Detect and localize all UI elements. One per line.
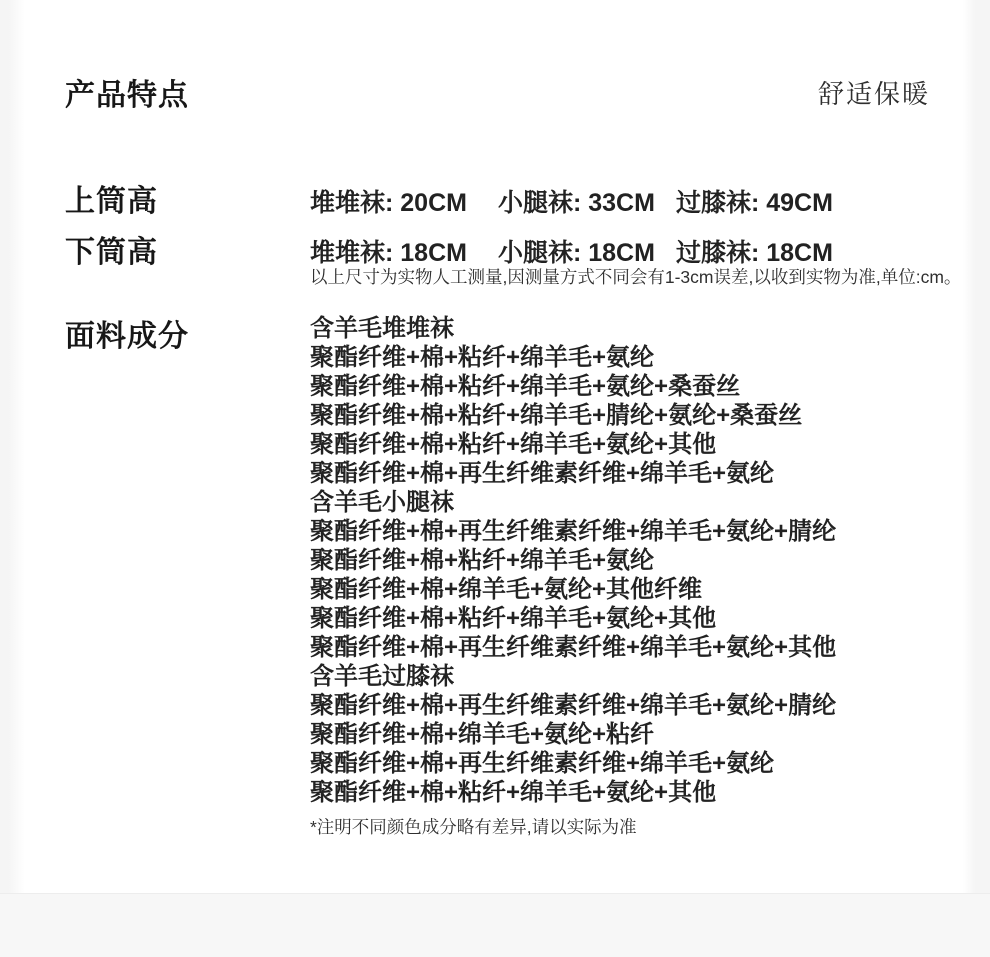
measurement-disclaimer: 以上尺寸为实物人工测量,因测量方式不同会有1-3cm误差,以收到实物为准,单位:… xyxy=(310,264,961,289)
fabric-line: 聚酯纤维+棉+粘纤+绵羊毛+腈纶+氨纶+桑蚕丝 xyxy=(310,401,836,430)
spec-value-pile-sock: 堆堆袜: 18CM xyxy=(310,239,467,267)
fabric-line: 聚酯纤维+棉+再生纤维素纤维+绵羊毛+氨纶 xyxy=(310,749,836,778)
fabric-line: 聚酯纤维+棉+绵羊毛+氨纶+粘纤 xyxy=(310,720,836,749)
fabric-group-heading: 含羊毛堆堆袜 xyxy=(310,314,836,343)
header-tagline: 舒适保暖 xyxy=(818,74,930,111)
page-right-margin xyxy=(963,0,990,893)
page-left-margin xyxy=(0,0,25,893)
fabric-line: 聚酯纤维+棉+粘纤+绵羊毛+氨纶 xyxy=(310,546,836,575)
page-title: 产品特点 xyxy=(65,70,189,114)
spec-value-pile-sock: 堆堆袜: 20CM xyxy=(310,189,467,217)
fabric-line: 聚酯纤维+棉+再生纤维素纤维+绵羊毛+氨纶+其他 xyxy=(310,633,836,662)
spec-value-over-knee-sock: 过膝袜: 49CM xyxy=(676,189,833,217)
fabric-group-heading: 含羊毛小腿袜 xyxy=(310,488,836,517)
fabric-line: 聚酯纤维+棉+粘纤+绵羊毛+氨纶+其他 xyxy=(310,778,836,807)
spec-value-calf-sock: 小腿袜: 18CM xyxy=(498,239,655,267)
fabric-line: 聚酯纤维+棉+再生纤维素纤维+绵羊毛+氨纶+腈纶 xyxy=(310,691,836,720)
fabric-line: 聚酯纤维+棉+粘纤+绵羊毛+氨纶 xyxy=(310,343,836,372)
fabric-group-heading: 含羊毛过膝袜 xyxy=(310,662,836,691)
fabric-line: 聚酯纤维+棉+再生纤维素纤维+绵羊毛+氨纶 xyxy=(310,459,836,488)
fabric-composition-label: 面料成分 xyxy=(65,311,189,355)
color-variation-footnote: *注明不同颜色成分略有差异,请以实际为准 xyxy=(310,814,637,839)
spec-label-upper-cuff-height: 上筒高 xyxy=(65,176,158,220)
fabric-line: 聚酯纤维+棉+粘纤+绵羊毛+氨纶+桑蚕丝 xyxy=(310,372,836,401)
fabric-line: 聚酯纤维+棉+粘纤+绵羊毛+氨纶+其他 xyxy=(310,604,836,633)
fabric-composition-list: 含羊毛堆堆袜 聚酯纤维+棉+粘纤+绵羊毛+氨纶 聚酯纤维+棉+粘纤+绵羊毛+氨纶… xyxy=(310,314,836,807)
spec-values-upper-cuff-height: 堆堆袜: 20CM小腿袜: 33CM过膝袜: 49CM xyxy=(310,183,833,219)
spec-label-lower-cuff-height: 下筒高 xyxy=(65,227,158,271)
spec-value-over-knee-sock: 过膝袜: 18CM xyxy=(676,239,833,267)
fabric-line: 聚酯纤维+棉+绵羊毛+氨纶+其他纤维 xyxy=(310,575,836,604)
product-spec-sheet: 产品特点 舒适保暖 上筒高 堆堆袜: 20CM小腿袜: 33CM过膝袜: 49C… xyxy=(0,0,990,957)
fabric-line: 聚酯纤维+棉+再生纤维素纤维+绵羊毛+氨纶+腈纶 xyxy=(310,517,836,546)
fabric-line: 聚酯纤维+棉+粘纤+绵羊毛+氨纶+其他 xyxy=(310,430,836,459)
page-bottom-background xyxy=(0,893,990,957)
spec-value-calf-sock: 小腿袜: 33CM xyxy=(498,189,655,217)
